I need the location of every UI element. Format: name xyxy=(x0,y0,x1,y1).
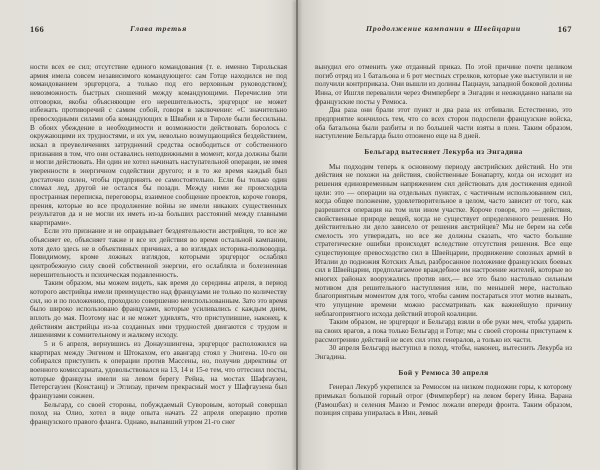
book-spread: 166 Глава третья ности всех ее сил; отсу… xyxy=(0,0,600,470)
body-paragraph: Таким образом, не эрцгерцог и Бельгард в… xyxy=(315,318,572,344)
page-gutter xyxy=(296,0,298,470)
right-page-body: вынудил его отменить уже отданный приказ… xyxy=(315,63,572,418)
left-page-header: 166 Глава третья xyxy=(30,24,287,37)
left-page: 166 Глава третья ности всех ее сил; отсу… xyxy=(0,0,300,470)
left-page-body: ности всех ее сил; отсутствие единого ко… xyxy=(30,63,287,427)
body-paragraph: Два раза они брали этот пункт и два раза… xyxy=(315,106,572,141)
body-paragraph: Мы подходим теперь к основному периоду а… xyxy=(315,163,572,319)
body-paragraph: Бельгард, со своей стороны, побуждаемый … xyxy=(30,401,287,427)
body-paragraph: Если это признание и не оправдывает безд… xyxy=(30,227,287,279)
body-paragraph: 5 и 6 апреля, вернувшись из Донауэшинген… xyxy=(30,340,287,401)
section-heading: Бой у Ремюса 30 апреля xyxy=(315,369,572,378)
body-paragraph: Таким образом, мы можем видеть, как врем… xyxy=(30,279,287,340)
body-paragraph: 30 апреля Бельгард выступил в поход, что… xyxy=(315,344,572,361)
right-page-number: 167 xyxy=(558,24,572,34)
left-page-number: 166 xyxy=(30,24,44,34)
body-paragraph: вынудил его отменить уже отданный приказ… xyxy=(315,63,572,106)
left-running-title: Глава третья xyxy=(30,24,287,33)
right-page-header: 167 Продолжение кампании в Швейцарии xyxy=(315,24,572,37)
section-heading: Бельгард вытесняет Лекурба из Энгадина xyxy=(315,148,572,157)
right-page: 167 Продолжение кампании в Швейцарии вын… xyxy=(300,0,600,470)
body-paragraph: ности всех ее сил; отсутствие единого ко… xyxy=(30,63,287,227)
right-running-title: Продолжение кампании в Швейцарии xyxy=(315,24,572,33)
body-paragraph: Генерал Лекурб укрепился за Ремюсом на н… xyxy=(315,383,572,418)
